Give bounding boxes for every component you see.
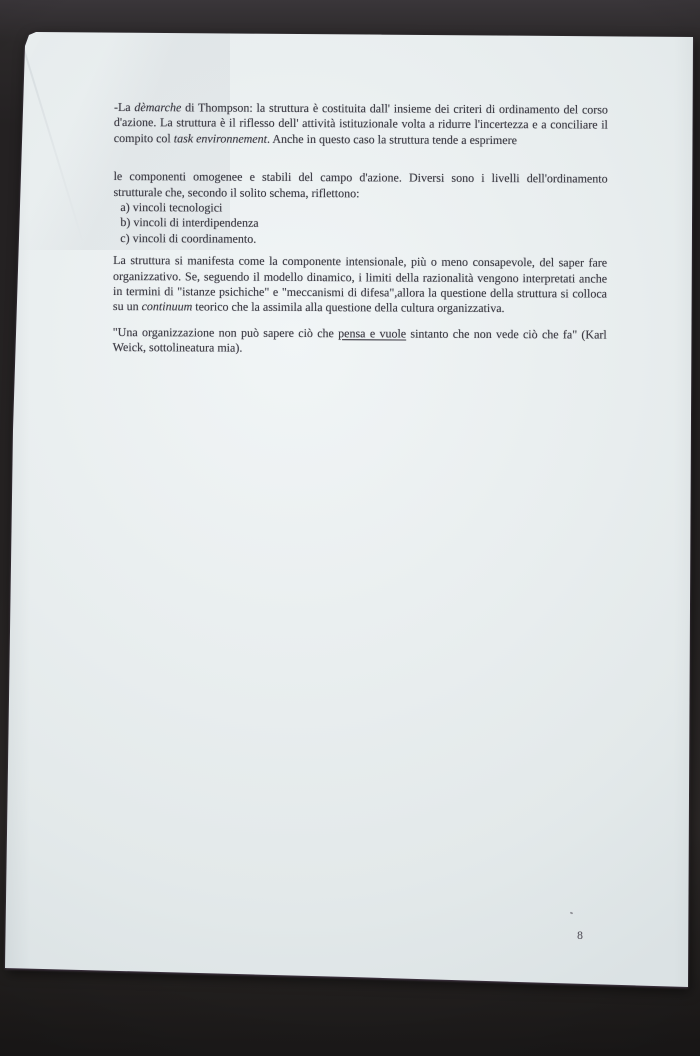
paper-crease-line (20, 39, 85, 245)
document-text: -La dèmarche di Thompson: la struttura è… (113, 100, 608, 358)
quote-weick: "Una organizzazione non può sapere ciò c… (113, 325, 607, 358)
paragraph-thompson: -La dèmarche di Thompson: la struttura è… (114, 100, 608, 149)
paper-sheet: -La dèmarche di Thompson: la struttura è… (0, 0, 700, 1056)
photo-background: -La dèmarche di Thompson: la struttura è… (0, 0, 700, 1056)
text-run: . Anche in questo caso la struttura tend… (267, 132, 517, 147)
page-number: 8 (572, 930, 588, 942)
text-run: "Una organizzazione non può sapere ciò c… (113, 325, 338, 340)
text-run-italic: continuum (142, 300, 193, 314)
text-run-underlined: pensa e vuole (338, 326, 406, 340)
list-item: c) vincoli di coordinamento. (120, 231, 607, 249)
text-run-italic: dèmarche (134, 100, 181, 114)
paragraph-struttura: La struttura si manifesta come la compon… (113, 253, 607, 317)
text-run: teorico che la assimila alla questione d… (192, 300, 504, 316)
list-vincoli: a) vincoli tecnologici b) vincoli di int… (113, 200, 607, 249)
paper-shadow-wrap: -La dèmarche di Thompson: la struttura è… (0, 0, 700, 1056)
paper-speck (570, 911, 574, 914)
text-run: -La (114, 100, 135, 114)
paragraph-componenti: le componenti omogenee e stabili del cam… (113, 169, 607, 202)
text-run-italic: task environnement (174, 131, 267, 145)
